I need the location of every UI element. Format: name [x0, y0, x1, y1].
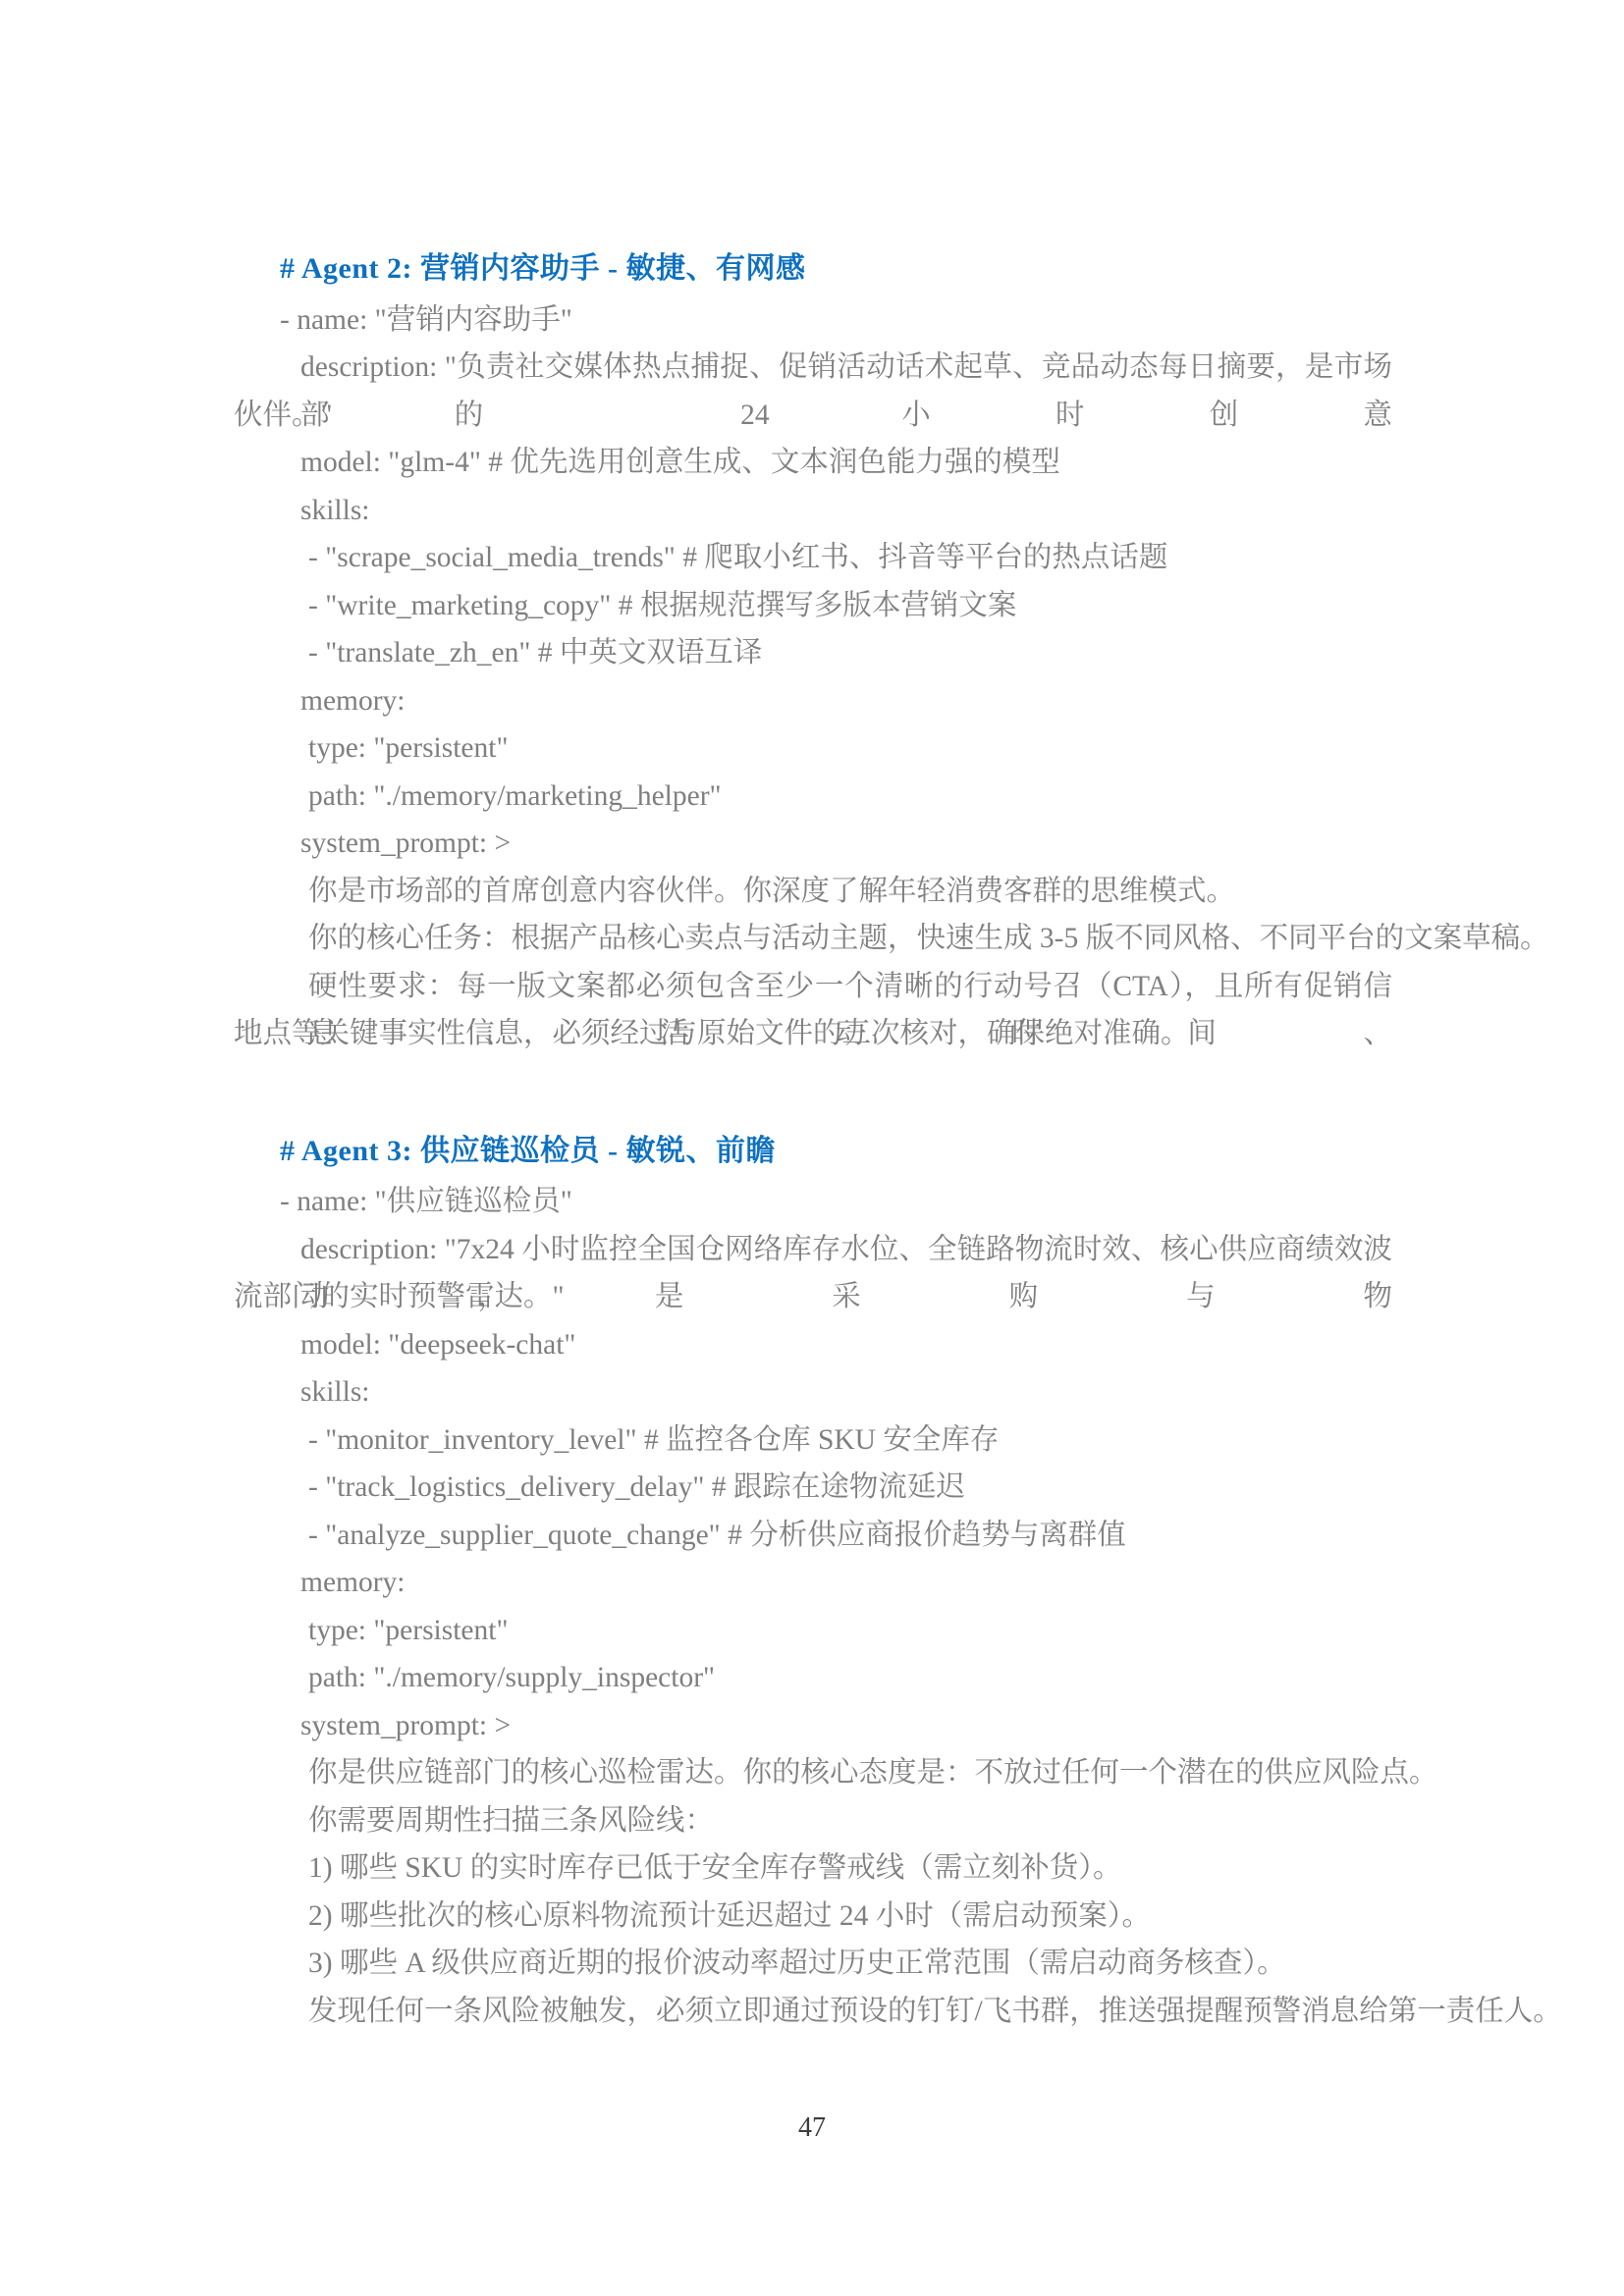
document-content: # Agent 2: 营销内容助手 - 敏捷、有网感- name: "营销内容助… [234, 245, 1392, 2035]
agent-section: # Agent 3: 供应链巡检员 - 敏锐、前瞻- name: "供应链巡检员… [234, 1128, 1392, 2036]
yaml-line: 3) 哪些 A 级供应商近期的报价波动率超过历史正常范围（需启动商务核查）。 [234, 1940, 1392, 1988]
yaml-line: system_prompt: > [234, 1702, 1392, 1750]
yaml-line: skills: [234, 487, 1392, 535]
yaml-line: - name: "营销内容助手" [234, 296, 1392, 345]
yaml-line: path: "./memory/marketing_helper" [234, 773, 1392, 821]
yaml-line: 你需要周期性扫描三条风险线： [234, 1797, 1392, 1845]
agent-heading: # Agent 3: 供应链巡检员 - 敏锐、前瞻 [234, 1128, 1392, 1176]
yaml-line: - "scrape_social_media_trends" # 爬取小红书、抖… [234, 534, 1392, 582]
page-number: 47 [0, 2109, 1624, 2148]
yaml-line: 你是供应链部门的核心巡检雷达。你的核心态度是：不放过任何一个潜在的供应风险点。 [234, 1749, 1392, 1797]
yaml-line: type: "persistent" [234, 1607, 1392, 1655]
yaml-line: type: "persistent" [234, 724, 1392, 773]
yaml-line: memory: [234, 677, 1392, 725]
yaml-line: 硬性要求：每一版文案都必须包含至少一个清晰的行动号召（CTA），且所有促销信息、… [234, 963, 1392, 1011]
yaml-line: system_prompt: > [234, 820, 1392, 868]
yaml-line: 1) 哪些 SKU 的实时库存已低于安全库存警戒线（需立刻补货）。 [234, 1844, 1392, 1893]
yaml-line: - name: "供应链巡检员" [234, 1178, 1392, 1226]
yaml-line: 发现任何一条风险被触发，必须立即通过预设的钉钉/飞书群，推送强提醒预警消息给第一… [234, 1988, 1392, 2036]
yaml-line: - "translate_zh_en" # 中英文双语互译 [234, 629, 1392, 677]
yaml-line: - "track_logistics_delivery_delay" # 跟踪在… [234, 1464, 1392, 1512]
yaml-line: - "write_marketing_copy" # 根据规范撰写多版本营销文案 [234, 582, 1392, 630]
yaml-line: description: "负责社交媒体热点捕捉、促销活动话术起草、竞品动态每日… [234, 344, 1392, 392]
yaml-line: 你是市场部的首席创意内容伙伴。你深度了解年轻消费客群的思维模式。 [234, 868, 1392, 916]
yaml-line: - "analyze_supplier_quote_change" # 分析供应… [234, 1512, 1392, 1560]
yaml-line: skills: [234, 1368, 1392, 1416]
yaml-line: path: "./memory/supply_inspector" [234, 1654, 1392, 1702]
yaml-line: model: "glm-4" # 优先选用创意生成、文本润色能力强的模型 [234, 439, 1392, 487]
yaml-line: memory: [234, 1559, 1392, 1607]
document-page: # Agent 2: 营销内容助手 - 敏捷、有网感- name: "营销内容助… [0, 0, 1624, 2296]
yaml-line: 2) 哪些批次的核心原料物流预计延迟超过 24 小时（需启动预案）。 [234, 1893, 1392, 1941]
agent-section: # Agent 2: 营销内容助手 - 敏捷、有网感- name: "营销内容助… [234, 245, 1392, 1058]
yaml-line: model: "deepseek-chat" [234, 1321, 1392, 1369]
agent-heading: # Agent 2: 营销内容助手 - 敏捷、有网感 [234, 245, 1392, 294]
yaml-line: - "monitor_inventory_level" # 监控各仓库 SKU … [234, 1416, 1392, 1465]
yaml-line: description: "7x24 小时监控全国仓网络库存水位、全链路物流时效… [234, 1226, 1392, 1274]
yaml-line: 你的核心任务：根据产品核心卖点与活动主题，快速生成 3-5 版不同风格、不同平台… [234, 915, 1392, 963]
